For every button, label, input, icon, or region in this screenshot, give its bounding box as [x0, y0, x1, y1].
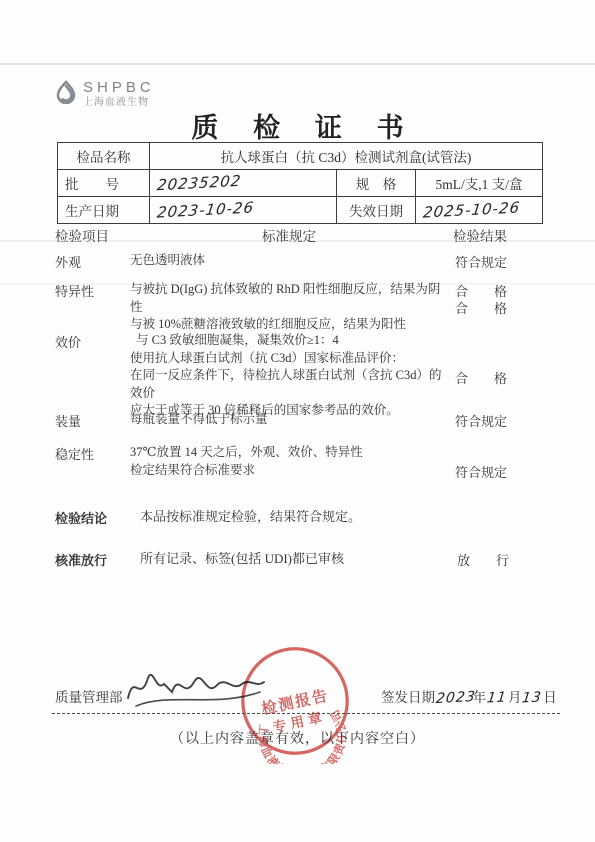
test-result: 符合规定: [455, 411, 507, 430]
release-result: 放 行: [457, 550, 509, 569]
column-header-item: 检验项目: [55, 225, 109, 245]
issue-year-hand: 2023: [435, 689, 477, 707]
release-text: 所有记录、标签(包括 UDI)都已审核: [140, 550, 458, 568]
test-spec: 与 C3 致敏细胞凝集，凝集效价≥1：4 使用抗人球蛋白试剂（抗 C3d）国家标…: [130, 332, 448, 420]
spec-line: 使用抗人球蛋白试剂（抗 C3d）国家标准品评价：: [130, 350, 448, 368]
month-char: 月: [508, 690, 522, 705]
product-info-table: 检品名称 抗人球蛋白（抗 C3d）检测试剂盒(试管法) 批 号 20235202…: [57, 142, 543, 224]
exp-date-value: 2025-10-26: [415, 197, 542, 223]
batch-value: 20235202: [149, 170, 336, 196]
spec-line: 与 C3 致敏细胞凝集，凝集效价≥1：4: [130, 332, 448, 350]
mfg-date-label: 生产日期: [58, 197, 149, 223]
column-header-spec: 标准规定: [130, 225, 448, 245]
document-title: 质 检 证 书: [0, 106, 595, 145]
spec-line: 检定结果符合标准要求: [130, 462, 448, 480]
release-label: 核准放行: [55, 550, 107, 569]
spec-line: 与被 10%蔗糖溶液致敏的红细胞反应，结果为阳性: [130, 316, 448, 334]
inspection-report-stamp: 上海血液生物医药有限责任公司 检测报告 专用章: [232, 638, 358, 769]
exp-date-label: 失效日期: [336, 197, 415, 223]
company-logo: SHPBC 上海血液生物: [55, 80, 155, 109]
test-item: 稳定性: [55, 444, 94, 463]
logo-abbr: SHPBC: [83, 80, 155, 97]
issue-day-hand: 13: [521, 689, 543, 706]
validity-note: （以上内容盖章有效，以下内容空白）: [0, 728, 595, 748]
mfg-date-value: 2023-10-26: [149, 197, 336, 223]
drop-logo-icon: [55, 80, 77, 109]
test-result: 符合规定: [455, 462, 507, 481]
batch-label: 批 号: [58, 170, 149, 196]
quality-dept-label: 质量管理部: [55, 686, 123, 706]
day-char: 日: [543, 690, 557, 705]
test-result: 合 格: [455, 368, 507, 387]
spec-label: 规 格: [336, 170, 415, 196]
test-result: 符合规定: [455, 252, 507, 271]
conclusion-text: 本品按标准规定检验，结果符合规定。: [140, 508, 458, 526]
spec-value: 5mL/支,1 支/盒: [415, 170, 542, 196]
issue-date: 签发日期2023年11月13日: [381, 686, 557, 706]
table-row: 检品名称 抗人球蛋白（抗 C3d）检测试剂盒(试管法): [58, 143, 542, 169]
test-spec: 37℃放置 14 天之后，外观、效价、特异性 检定结果符合标准要求: [130, 444, 448, 479]
spec-line: 37℃放置 14 天之后，外观、效价、特异性: [130, 444, 448, 462]
table-row: 批 号 20235202 规 格 5mL/支,1 支/盒: [58, 169, 542, 196]
product-name-value: 抗人球蛋白（抗 C3d）检测试剂盒(试管法): [149, 143, 542, 169]
test-result: 合 格: [455, 298, 507, 317]
test-item: 外观: [55, 252, 81, 271]
conclusion-label: 检验结论: [55, 508, 107, 527]
issue-date-label: 签发日期: [381, 690, 435, 705]
column-header-result: 检验结果: [453, 225, 507, 245]
test-item: 效价: [55, 332, 81, 351]
certificate-page: SHPBC 上海血液生物 质 检 证 书 检品名称 抗人球蛋白（抗 C3d）检测…: [0, 0, 595, 842]
dashed-separator: [52, 713, 560, 714]
table-row: 生产日期 2023-10-26 失效日期 2025-10-26: [58, 196, 542, 223]
spec-line: 在同一反应条件下，待检抗人球蛋白试剂（含抗 C3d）的效价: [130, 367, 448, 402]
test-spec: 每瓶装量不得低于标示量: [130, 411, 448, 429]
scan-artifact-line: [0, 63, 595, 65]
test-item: 装量: [55, 411, 81, 430]
spec-line: 与被抗 D(IgG) 抗体致敏的 RhD 阳性细胞反应，结果为阴性: [130, 281, 448, 316]
product-name-label: 检品名称: [58, 143, 149, 169]
issue-month-hand: 11: [486, 689, 508, 706]
test-item: 特异性: [55, 281, 94, 300]
test-spec: 无色透明液体: [130, 252, 448, 270]
test-spec: 与被抗 D(IgG) 抗体致敏的 RhD 阳性细胞反应，结果为阴性 与被 10%…: [130, 281, 448, 334]
